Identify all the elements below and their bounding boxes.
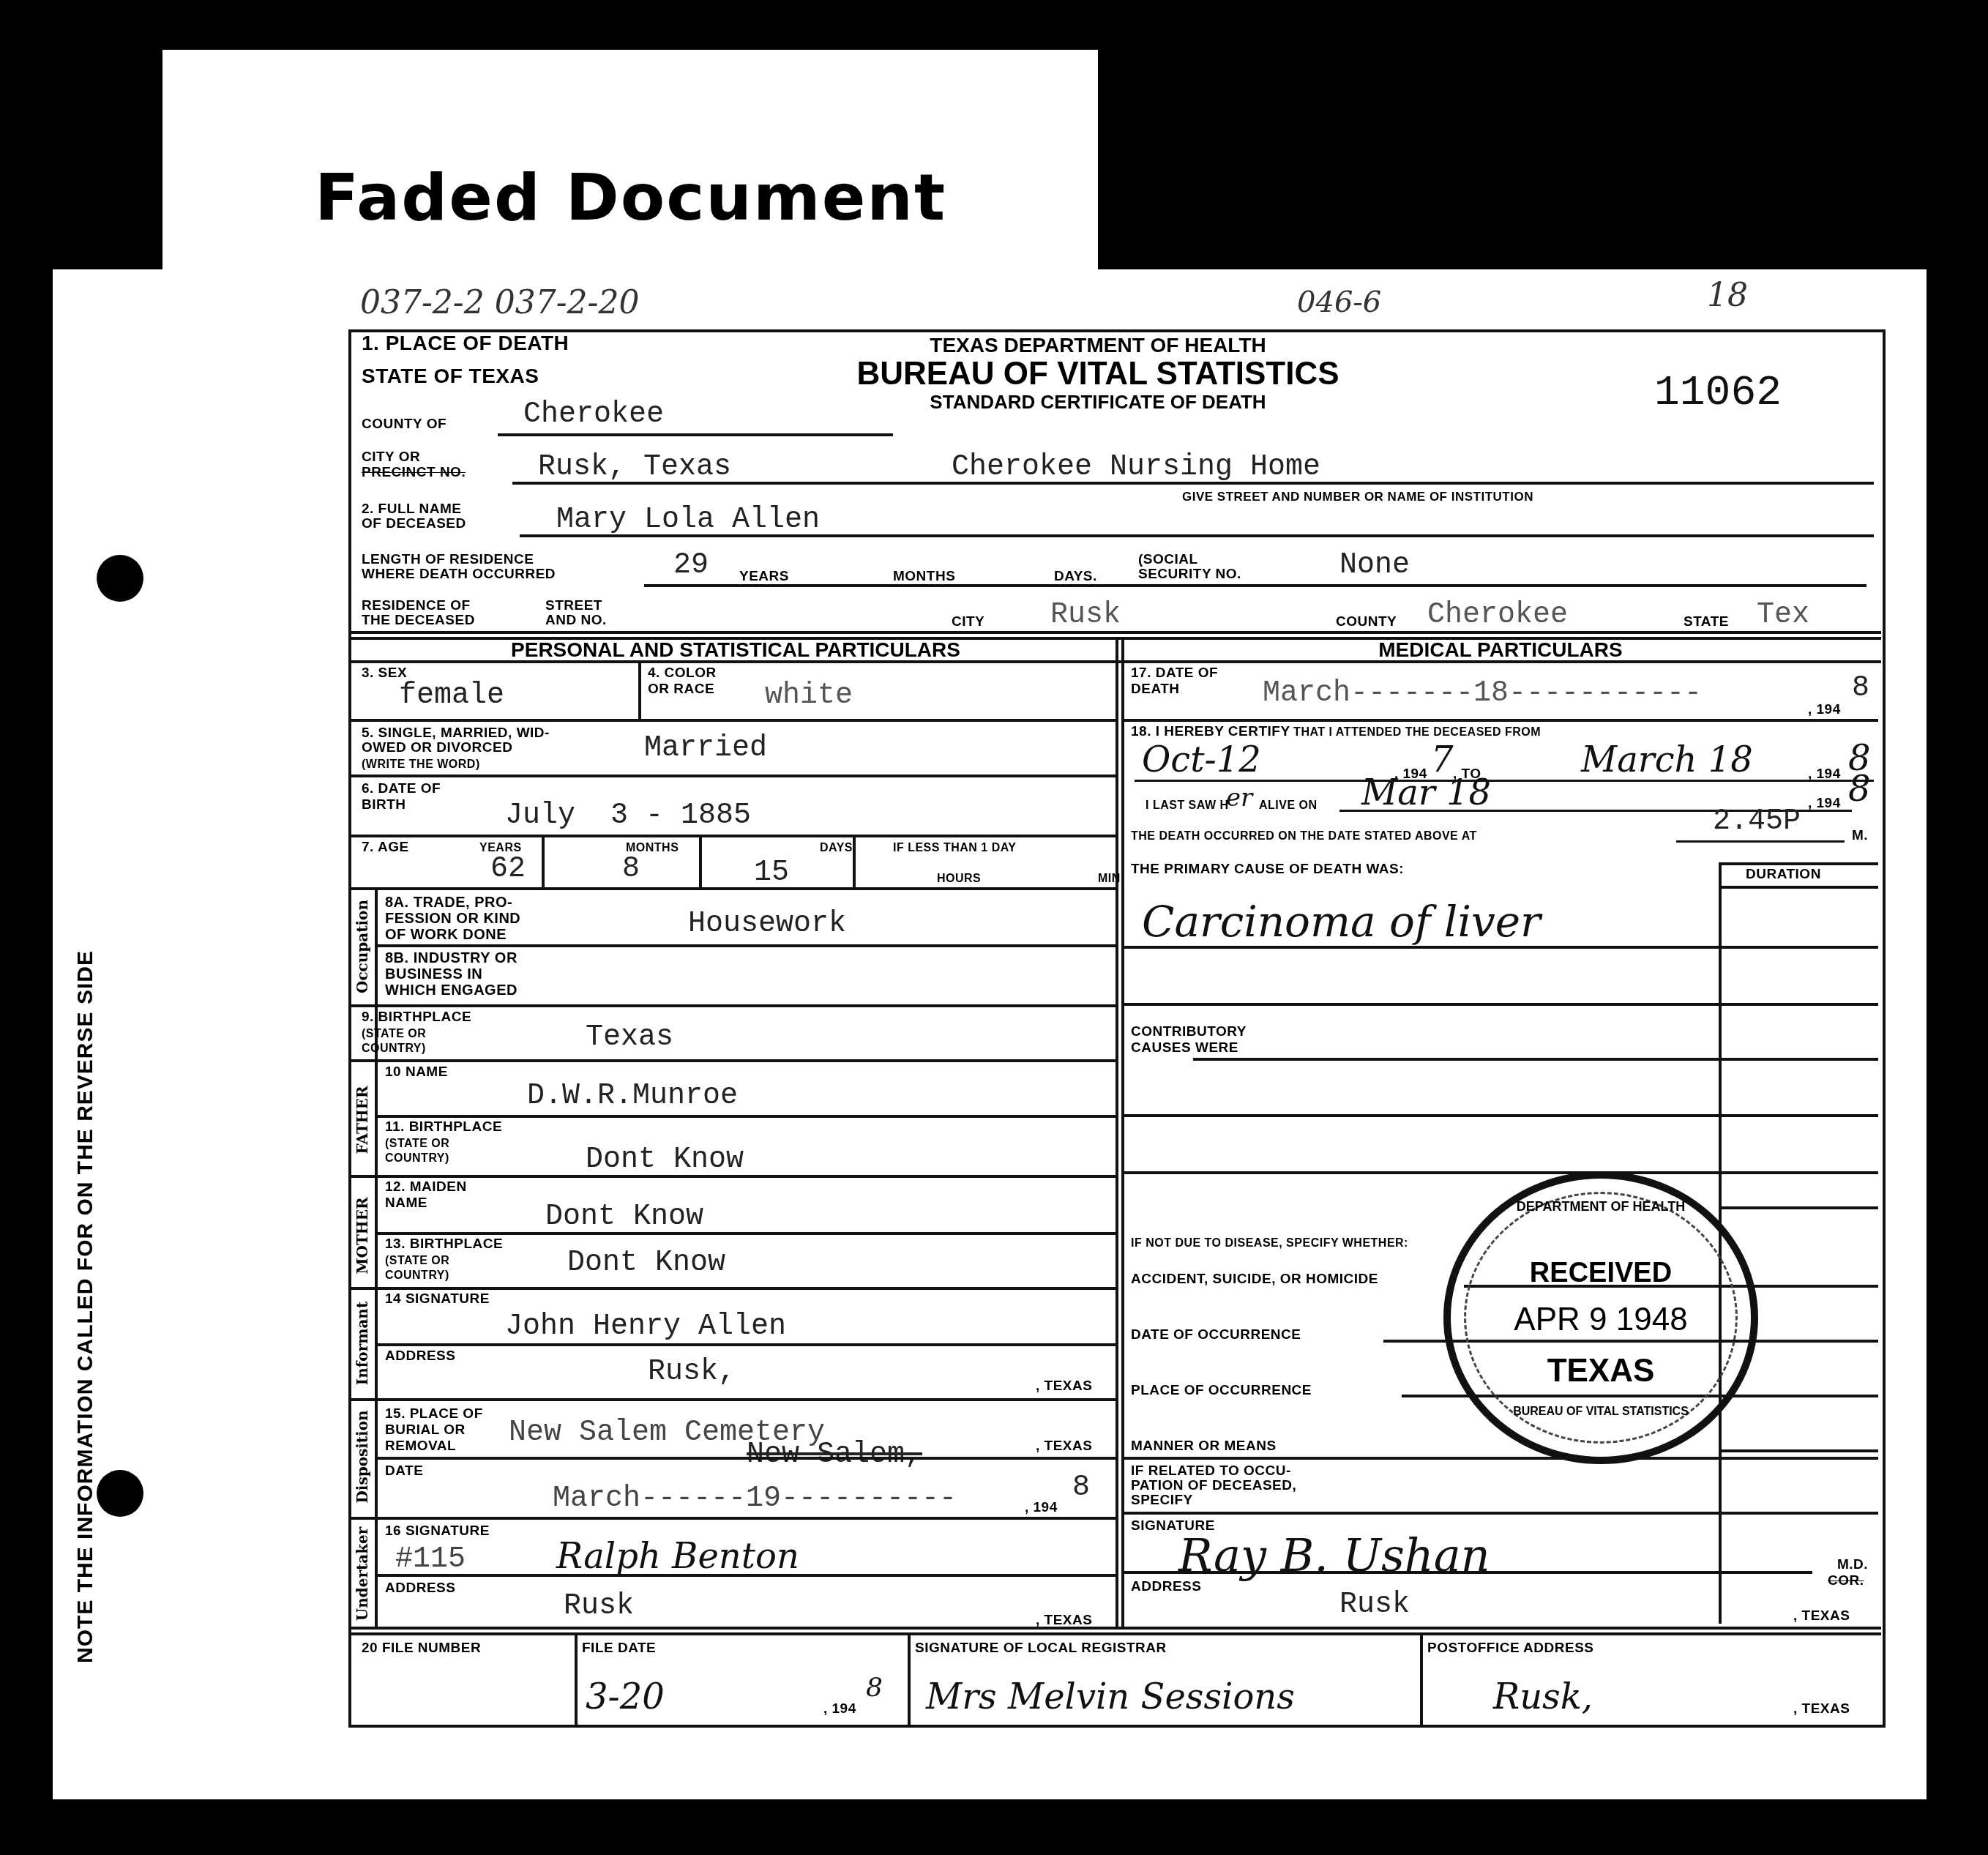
occupation-side-label: Occupation <box>350 887 375 1006</box>
place-occurrence-label: PLACE OF OCCURRENCE <box>1131 1384 1312 1398</box>
burial-date: March------19---------- <box>553 1482 957 1515</box>
trade-label-1: 8A. TRADE, PRO- <box>385 895 512 911</box>
father-birthplace-label-1: 11. BIRTHPLACE <box>385 1120 502 1135</box>
stamp-received: RECEIVED <box>1451 1258 1751 1289</box>
agency: TEXAS DEPARTMENT OF HEALTH <box>805 334 1391 357</box>
father-name-label: 10 NAME <box>385 1065 448 1080</box>
last-saw-year-digit: 8 <box>1848 769 1871 810</box>
certify-label-b: THAT I ATTENDED THE DECEASED FROM <box>1293 726 1541 739</box>
undertaker-address: Rusk <box>564 1590 634 1623</box>
trade-label-3: OF WORK DONE <box>385 927 507 943</box>
physician-signature: Ray B. Ushan <box>1178 1529 1490 1582</box>
dod-value: March-------18----------- <box>1263 677 1702 710</box>
marital-value: Married <box>644 732 767 765</box>
file-number-label: 20 FILE NUMBER <box>362 1641 481 1656</box>
registrar-label: SIGNATURE OF LOCAL REGISTRAR <box>915 1641 1167 1656</box>
res-city-label: CITY <box>952 615 984 630</box>
dob-value: July 3 - 1885 <box>505 799 751 832</box>
undertaker-address-label: ADDRESS <box>385 1581 455 1596</box>
stamp-date: APR 9 1948 <box>1451 1302 1751 1338</box>
file-year-digit: 8 <box>866 1673 883 1703</box>
registrar-signature: Mrs Melvin Sessions <box>926 1676 1295 1717</box>
ssn-value: None <box>1339 549 1410 582</box>
mother-birthplace-label-3: COUNTRY) <box>385 1268 449 1284</box>
medical-section-title: MEDICAL PARTICULARS <box>1124 638 1877 662</box>
ssn-label-2: SECURITY NO. <box>1138 567 1241 582</box>
last-saw-label-b: ALIVE ON <box>1259 798 1318 814</box>
stamp-state: TEXAS <box>1451 1353 1751 1389</box>
residence-years: 29 <box>673 549 709 582</box>
last-saw-pronoun: er <box>1226 783 1252 813</box>
annotation-right-b: 18 <box>1707 277 1748 314</box>
residence-length-label-2: WHERE DEATH OCCURRED <box>362 567 556 582</box>
burial-date-label: DATE <box>385 1464 423 1479</box>
occupation-related-label-3: SPECIFY <box>1131 1493 1193 1508</box>
burial-year-digit: 8 <box>1072 1471 1090 1504</box>
birthplace-label-2: (STATE OR <box>362 1026 426 1042</box>
days-label: DAYS. <box>1054 570 1097 584</box>
race-label-1: 4. COLOR <box>648 666 717 681</box>
contrib-label-1: CONTRIBUTORY <box>1131 1025 1247 1040</box>
last-saw-label-a: I LAST SAW H <box>1146 798 1229 814</box>
institution-hint: GIVE STREET AND NUMBER OR NAME OF INSTIT… <box>1182 489 1533 505</box>
industry-label-3: WHICH ENGAGED <box>385 982 517 999</box>
po-state: , TEXAS <box>1793 1702 1850 1717</box>
res-county: Cherokee <box>1427 599 1568 632</box>
mother-maiden-label-1: 12. MAIDEN <box>385 1180 467 1195</box>
res-state-label: STATE <box>1684 615 1729 630</box>
occupation-related-label-1: IF RELATED TO OCCU- <box>1131 1464 1291 1479</box>
punch-hole <box>97 1470 143 1517</box>
years-label: YEARS <box>739 570 789 584</box>
form-title: STANDARD CERTIFICATE OF DEATH <box>805 391 1391 414</box>
residence-length-label-1: LENGTH OF RESIDENCE <box>362 553 534 567</box>
time-label: THE DEATH OCCURRED ON THE DATE STATED AB… <box>1131 829 1477 845</box>
birthplace-label-3: COUNTRY) <box>362 1041 426 1057</box>
industry-label-1: 8B. INDUSTRY OR <box>385 950 517 966</box>
duration-label: DURATION <box>1746 867 1821 882</box>
ssn-label-1: (SOCIAL <box>1138 553 1198 567</box>
po-label: POSTOFFICE ADDRESS <box>1427 1641 1594 1656</box>
occupation-related-label-2: PATION OF DECEASED, <box>1131 1479 1296 1493</box>
bureau: BUREAU OF VITAL STATISTICS <box>805 357 1391 391</box>
last-saw-year-prefix: , 194 <box>1808 796 1841 811</box>
physician-address: Rusk <box>1339 1589 1410 1621</box>
res-state: Tex <box>1757 599 1809 632</box>
birthplace-label-1: 9. BIRTHPLACE <box>362 1010 471 1025</box>
res-label-2: THE DECEASED <box>362 613 475 628</box>
time-value: 2.45P <box>1713 805 1801 838</box>
age-days: 15 <box>754 856 789 889</box>
father-birthplace: Dont Know <box>586 1143 744 1176</box>
father-side-label: FATHER <box>350 1061 375 1179</box>
manner-label: MANNER OR MEANS <box>1131 1439 1277 1454</box>
mother-side-label: MOTHER <box>350 1177 375 1294</box>
burial-label-3: REMOVAL <box>385 1439 456 1454</box>
mother-maiden: Dont Know <box>545 1201 703 1233</box>
informant-address: Rusk, <box>648 1356 736 1389</box>
sex-value: female <box>399 679 504 712</box>
stamp-ring-bottom: BUREAU OF VITAL STATISTICS <box>1451 1406 1751 1419</box>
annotation-right-a: 046-6 <box>1297 285 1381 319</box>
age-days-label: DAYS <box>820 840 853 856</box>
street-label-2: AND NO. <box>545 613 607 628</box>
certify-label-a: 18. I HEREBY CERTIFY <box>1131 724 1290 739</box>
father-name: D.W.R.Munroe <box>527 1080 738 1113</box>
min-label: MIN <box>1098 871 1121 887</box>
age-years: 62 <box>490 853 526 886</box>
informant-signature: John Henry Allen <box>505 1310 786 1343</box>
city-label-1: CITY OR <box>362 450 420 465</box>
punch-hole <box>97 555 143 602</box>
res-county-label: COUNTY <box>1336 615 1397 630</box>
md-label: M.D. <box>1837 1558 1868 1572</box>
disposition-side-label: Disposition <box>350 1400 375 1513</box>
informant-state: , TEXAS <box>1036 1379 1092 1394</box>
age-months: 8 <box>622 853 640 886</box>
accident-label: ACCIDENT, SUICIDE, OR HOMICIDE <box>1131 1272 1378 1287</box>
birthplace-value: Texas <box>586 1021 673 1054</box>
marital-label-1: 5. SINGLE, MARRIED, WID- <box>362 726 550 741</box>
months-label: MONTHS <box>893 570 955 584</box>
physician-address-label: ADDRESS <box>1131 1580 1201 1594</box>
header-tab: Faded Document <box>162 50 1098 299</box>
last-saw-date: Mar 18 <box>1361 772 1491 813</box>
less-day-label: IF LESS THAN 1 DAY <box>893 840 1016 856</box>
attended-from: Oct-12 <box>1142 739 1261 780</box>
informant-sig-label: 14 SIGNATURE <box>385 1292 490 1307</box>
mother-birthplace-label-1: 13. BIRTHPLACE <box>385 1237 503 1252</box>
dob-label-1: 6. DATE OF <box>362 782 441 796</box>
name-label-2: OF DECEASED <box>362 517 466 531</box>
father-birthplace-label-3: COUNTRY) <box>385 1151 449 1167</box>
race-label-2: OR RACE <box>648 682 714 697</box>
contrib-label-2: CAUSES WERE <box>1131 1041 1238 1056</box>
certificate-number: 11062 <box>1654 370 1782 417</box>
informant-address-label: ADDRESS <box>385 1349 455 1364</box>
received-stamp: DEPARTMENT OF HEALTH RECEIVED APR 9 1948… <box>1443 1171 1758 1464</box>
cor-label: COR. <box>1828 1574 1864 1589</box>
file-year-prefix: , 194 <box>823 1702 856 1717</box>
sex-label: 3. SEX <box>362 666 407 681</box>
county-value: Cherokee <box>523 398 664 431</box>
place-of-death-label: 1. PLACE OF DEATH <box>362 335 569 351</box>
institution-value: Cherokee Nursing Home <box>952 451 1320 484</box>
industry-label-2: BUSINESS IN <box>385 966 482 982</box>
informant-side-label: Informant <box>350 1288 375 1398</box>
file-date: 3-20 <box>586 1676 665 1717</box>
header-title: Faded Document <box>315 160 946 235</box>
father-birthplace-label-2: (STATE OR <box>385 1136 449 1152</box>
cause-value: Carcinoma of liver <box>1142 897 1541 947</box>
dod-label-2: DEATH <box>1131 682 1180 697</box>
dod-year-prefix: , 194 <box>1808 703 1841 717</box>
trade-label-2: FESSION OR KIND <box>385 911 520 927</box>
undertaker-state: , TEXAS <box>1036 1613 1092 1628</box>
burial-label-1: 15. PLACE OF <box>385 1407 483 1422</box>
date-occurrence-label: DATE OF OCCURRENCE <box>1131 1328 1301 1343</box>
undertaker-sig-label: 16 SIGNATURE <box>385 1524 490 1539</box>
stamp-ring-top: DEPARTMENT OF HEALTH <box>1451 1199 1751 1214</box>
hours-label: HOURS <box>937 871 981 887</box>
file-date-label: FILE DATE <box>582 1641 656 1656</box>
dod-year-digit: 8 <box>1852 672 1869 705</box>
burial-state: , TEXAS <box>1036 1439 1092 1454</box>
annotation-left: 037-2-2 037-2-20 <box>360 284 639 321</box>
deceased-name: Mary Lola Allen <box>556 504 820 537</box>
state-label: STATE OF TEXAS <box>362 368 539 384</box>
marital-label-2: OWED OR DIVORCED <box>362 741 512 755</box>
city-label-2: PRECINCT NO. <box>362 466 466 480</box>
cause-label: THE PRIMARY CAUSE OF DEATH WAS: <box>1131 862 1404 877</box>
race-value: white <box>765 679 853 712</box>
city-value: Rusk, Texas <box>538 451 731 484</box>
burial-label-2: BURIAL OR <box>385 1423 466 1438</box>
res-label-1: RESIDENCE OF <box>362 599 471 613</box>
attended-to: March 18 <box>1581 739 1753 780</box>
time-suffix: M. <box>1852 829 1868 843</box>
physician-state: , TEXAS <box>1793 1609 1850 1624</box>
dod-label-1: 17. DATE OF <box>1131 666 1218 681</box>
mother-birthplace-label-2: (STATE OR <box>385 1253 449 1269</box>
mother-birthplace: Dont Know <box>567 1247 725 1280</box>
burial-year-prefix: , 194 <box>1025 1501 1058 1515</box>
res-city: Rusk <box>1050 599 1121 632</box>
marital-label-3: (WRITE THE WORD) <box>362 757 480 773</box>
mother-maiden-label-2: NAME <box>385 1196 427 1211</box>
undertaker-signature: Ralph Benton <box>556 1536 799 1577</box>
street-label-1: STREET <box>545 599 602 613</box>
age-label: 7. AGE <box>362 840 409 855</box>
trade-value: Housework <box>688 908 846 941</box>
undertaker-side-label: Undertaker <box>350 1519 375 1629</box>
personal-section-title: PERSONAL AND STATISTICAL PARTICULARS <box>351 638 1120 662</box>
county-label: COUNTY OF <box>362 417 446 432</box>
po-value: Rusk, <box>1493 1676 1593 1717</box>
burial-city: New Salem, <box>747 1438 922 1471</box>
undertaker-license: #115 <box>395 1543 466 1576</box>
dob-label-2: BIRTH <box>362 798 406 813</box>
name-label-1: 2. FULL NAME <box>362 502 462 517</box>
not-disease-label: IF NOT DUE TO DISEASE, SPECIFY WHETHER: <box>1131 1236 1408 1252</box>
margin-note: NOTE THE INFORMATION CALLED FOR ON THE R… <box>73 867 98 1746</box>
